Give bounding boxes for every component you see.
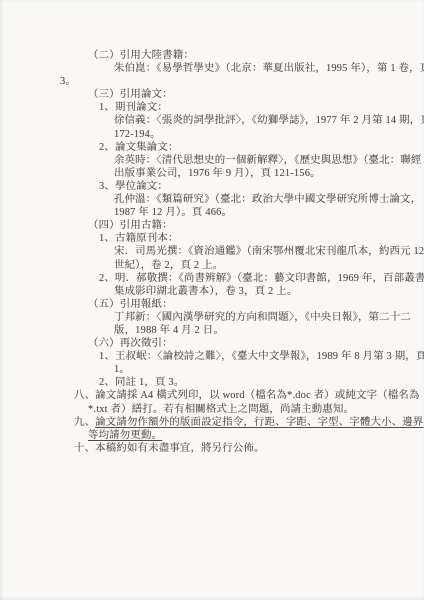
text-line: 十、本稿約如有未盡事宜，將另行公佈。 [74, 443, 265, 454]
subitem-heading: 3、學位論文： [0, 180, 424, 193]
text-line: 朱伯崑：《易學哲學史》（北京：華夏出版社，1995 年），第 1 卷，頁 [114, 63, 424, 74]
text-line: 版，1988 年 4 月 2 日。 [114, 325, 224, 336]
subitem-heading: 1、期刊論文： [0, 101, 424, 114]
citation-line-wrap: 1987 年 12 月）。頁 466。 [0, 206, 424, 219]
citation-line-wrap: 集成影印湖北叢書本），卷 3，頁 2 上。 [0, 285, 424, 298]
rule-10-line: 十、本稿約如有未盡事宜，將另行公佈。 [0, 442, 424, 455]
citation-line-wrap: 1。 [0, 363, 424, 376]
rule-8-line-wrap: *.txt 者）繕打。若有相關格式上之問題，尚請主動惠知。 [0, 403, 424, 416]
section-5-heading: （五）引用報紙： [0, 298, 424, 311]
rule-9-line-wrap: 等均請勿更動。 [0, 429, 424, 442]
text-line: 出版事業公司，1976 年 9 月），頁 121-156。 [114, 168, 321, 179]
subitem-heading: 1、古籍原刊本： [0, 232, 424, 245]
section-3-heading: （三）引用論文： [0, 88, 424, 101]
text-line: 172-194。 [114, 129, 161, 140]
citation-line: 徐信義：〈張炎的詞學批評〉，《幼獅學誌》，1977 年 2 月第 14 期，頁 [0, 114, 424, 127]
text-line: 余英時：〈清代思想史的一個新解釋〉，《歷史與思想》（臺北：聯經 [114, 155, 422, 166]
citation-line: 宋．司馬光撰：《資治通鑑》（南宋鄂州覆北宋刊龍爪本，約西元 12 [0, 245, 424, 258]
subitem-citation: 2、明．郝敬撰：《尚書辨解》（臺北：藝文印書館，1969 年，百部叢書 [0, 272, 424, 285]
text-line: 世紀），卷 2，頁 2 上。 [114, 260, 223, 271]
text-line: 1987 年 12 月）。頁 466。 [114, 207, 232, 218]
text-line: （二）引用大陸書籍： [88, 50, 194, 61]
text-line: 集成影印湖北叢書本），卷 3，頁 2 上。 [114, 286, 297, 297]
rule-9-line: 九、論文請勿作額外的版面設定指令，行距、字距、字型、字體大小、邊界 [0, 416, 424, 429]
text-line: 宋．司馬光撰：《資治通鑑》（南宋鄂州覆北宋刊龍爪本，約西元 12 [114, 246, 424, 257]
subitem-citation: 2、同註 1，頁 3。 [0, 376, 424, 389]
text-line: （六）再次徵引： [88, 338, 173, 349]
citation-line: 朱伯崑：《易學哲學史》（北京：華夏出版社，1995 年），第 1 卷，頁 [0, 62, 424, 75]
citation-line: 余英時：〈清代思想史的一個新解釋〉，《歷史與思想》（臺北：聯經 [0, 154, 424, 167]
subitem-citation: 1、王叔岷：〈論校詩之難〉，《臺大中文學報》，1989 年 8 月第 3 期，頁 [0, 350, 424, 363]
text-line: 丁邦新：〈國內漢學研究的方向和問題〉，《中央日報》，第二十二 [114, 312, 411, 323]
text-line: 1。 [114, 364, 130, 375]
text-line: 1、古籍原刊本： [99, 233, 179, 244]
text-line: 2、明．郝敬撰：《尚書辨解》（臺北：藝文印書館，1969 年，百部叢書 [99, 273, 424, 284]
section-2-heading: （二）引用大陸書籍： [0, 49, 424, 62]
rule-9-number: 九、 [74, 417, 95, 428]
text-line: 徐信義：〈張炎的詞學批評〉，《幼獅學誌》，1977 年 2 月第 14 期，頁 [114, 115, 424, 126]
text-line: 2、論文集論文： [99, 142, 179, 153]
citation-line-wrap: 世紀），卷 2，頁 2 上。 [0, 259, 424, 272]
citation-line-wrap: 出版事業公司，1976 年 9 月），頁 121-156。 [0, 167, 424, 180]
guidelines-text-block: （二）引用大陸書籍： 朱伯崑：《易學哲學史》（北京：華夏出版社，1995 年），… [0, 49, 424, 455]
text-line: 1、期刊論文： [99, 102, 168, 113]
section-4-heading: （四）引用古籍： [0, 219, 424, 232]
section-6-heading: （六）再次徵引： [0, 337, 424, 350]
text-line: （四）引用古籍： [88, 220, 173, 231]
citation-line-wrap: 3。 [0, 75, 424, 88]
text-line: 孔仲溫：《類篇研究》（臺北：政治大學中國文學研究所博士論文， [114, 194, 421, 205]
text-line: 3。 [60, 76, 76, 87]
scanned-page: （二）引用大陸書籍： 朱伯崑：《易學哲學史》（北京：華夏出版社，1995 年），… [0, 0, 424, 600]
text-line-underlined: 論文請勿作額外的版面設定指令，行距、字距、字型、字體大小、邊界 [95, 417, 423, 428]
citation-line: 孔仲溫：《類篇研究》（臺北：政治大學中國文學研究所博士論文， [0, 193, 424, 206]
text-line: *.txt 者）繕打。若有相關格式上之問題，尚請主動惠知。 [88, 404, 354, 415]
citation-line: 丁邦新：〈國內漢學研究的方向和問題〉，《中央日報》，第二十二 [0, 311, 424, 324]
rule-8-line: 八、論文請採 A4 橫式列印，以 word（檔名為*.doc 者）或純文字（檔名… [0, 389, 424, 402]
text-line: 3、學位論文： [99, 181, 168, 192]
text-line-underlined: 等均請勿更動。 [88, 430, 162, 441]
text-line: 2、同註 1，頁 3。 [99, 377, 184, 388]
citation-line-wrap: 版，1988 年 4 月 2 日。 [0, 324, 424, 337]
subitem-heading: 2、論文集論文： [0, 141, 424, 154]
text-line: 1、王叔岷：〈論校詩之難〉，《臺大中文學報》，1989 年 8 月第 3 期，頁 [99, 351, 424, 362]
text-line: 八、論文請採 A4 橫式列印，以 word（檔名為*.doc 者）或純文字（檔名… [74, 390, 420, 401]
text-line: （三）引用論文： [88, 89, 173, 100]
citation-line-wrap: 172-194。 [0, 128, 424, 141]
text-line: （五）引用報紙： [88, 299, 173, 310]
